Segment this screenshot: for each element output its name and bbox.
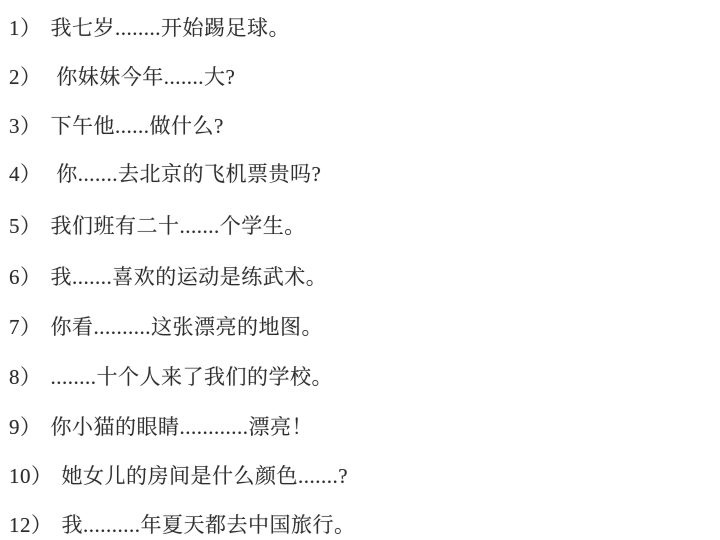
item-number: 12）	[9, 509, 53, 539]
item-number: 1）	[9, 12, 42, 42]
item-text: 我..........年夏天都去中国旅行。	[62, 513, 356, 537]
exercise-line-1: 1）我七岁........开始踢足球。	[9, 12, 290, 42]
exercise-line-10: 10）她女儿的房间是什么颜色.......?	[9, 460, 348, 490]
exercise-line-9: 9）你小猫的眼睛............漂亮！	[9, 411, 313, 441]
item-number: 6）	[9, 261, 42, 291]
item-number: 10）	[9, 460, 53, 490]
exercise-line-5: 5）我们班有二十.......个学生。	[9, 210, 306, 240]
exercise-line-2: 2） 你妹妹今年.......大?	[9, 61, 235, 91]
exercise-line-12: 12）我..........年夏天都去中国旅行。	[9, 509, 356, 539]
item-number: 9）	[9, 411, 42, 441]
item-text: 我七岁........开始踢足球。	[51, 16, 291, 40]
item-number: 3）	[9, 110, 42, 140]
item-number: 5）	[9, 210, 42, 240]
exercise-line-7: 7）你看..........这张漂亮的地图。	[9, 311, 323, 341]
exercise-line-6: 6）我.......喜欢的运动是练武术。	[9, 261, 327, 291]
item-text: 我们班有二十.......个学生。	[51, 214, 306, 238]
item-number: 4）	[9, 158, 42, 188]
item-number: 7）	[9, 311, 42, 341]
exercise-line-8: 8）........十个人来了我们的学校。	[9, 361, 333, 391]
item-text: 你看..........这张漂亮的地图。	[51, 315, 324, 339]
item-number: 8）	[9, 361, 42, 391]
item-text: 你小猫的眼睛............漂亮！	[51, 415, 314, 439]
item-text: 她女儿的房间是什么颜色.......?	[62, 464, 349, 488]
item-number: 2）	[9, 61, 42, 91]
worksheet-page: 1）我七岁........开始踢足球。 2） 你妹妹今年.......大? 3）…	[0, 0, 720, 540]
exercise-line-4: 4） 你.......去北京的飞机票贵吗?	[9, 158, 321, 188]
item-text: 下午他......做什么?	[51, 114, 224, 138]
item-text: 你.......去北京的飞机票贵吗?	[51, 162, 322, 186]
item-text: 我.......喜欢的运动是练武术。	[51, 265, 328, 289]
exercise-line-3: 3）下午他......做什么?	[9, 110, 224, 140]
item-text: 你妹妹今年.......大?	[51, 65, 236, 89]
item-text: ........十个人来了我们的学校。	[51, 365, 334, 389]
